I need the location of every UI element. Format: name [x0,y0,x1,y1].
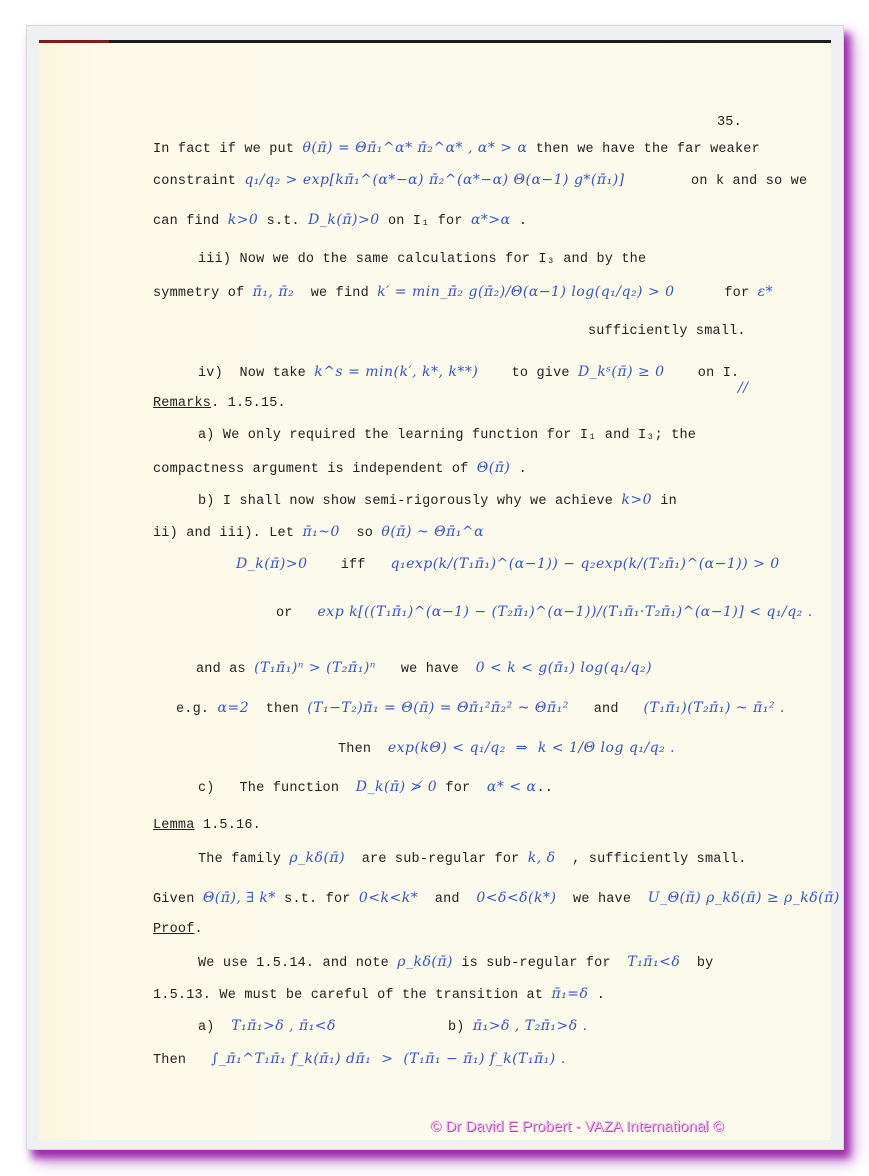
typed-text: we find [294,286,377,301]
typed-text: The family [198,852,289,867]
text-line: symmetry of π̄₁, π̄₂ we find k′ = min_π̄… [153,284,773,301]
typed-text: Given [153,892,203,907]
typed-text: . [195,922,203,937]
text-line: ii) and iii). Let π̄₁~0 so θ(π̄) ~ Θπ̄₁^… [153,524,484,541]
handwritten-math: ρ_kδ(π̄) [289,850,345,866]
typed-text: e.g. [176,702,218,717]
handwritten-math: θ(π̄) = Θπ̄₁^α* π̄₂^α* , α* > α [302,140,527,156]
typed-text: b) [448,1020,473,1035]
text-line: Lemma 1.5.16. [153,818,261,833]
typed-text: ii) and iii). Let [153,526,302,541]
typed-text: and as [196,662,254,677]
typed-text: . 1.5.15. [211,396,286,411]
handwritten-math: π̄₁>δ , T₂π̄₁>δ . [473,1018,588,1034]
typed-text: We use 1.5.14. and note [198,956,397,971]
handwritten-math: ε* [758,284,774,300]
handwritten-math: α* < α [487,779,537,795]
handwritten-math: q₁/q₂ > exp[kπ̄₁^(α*−α) π̄₂^(α*−α) Θ(α−1… [244,172,624,188]
typed-text: compactness argument is independent of [153,462,477,477]
handwritten-math: π̄₁=δ [551,986,588,1002]
typed-text: b) I shall now show semi-rigorously why … [198,494,621,509]
handwritten-math: 0<k<k* [359,890,418,906]
handwritten-math: α=2 [218,700,250,716]
text-line: We use 1.5.14. and note ρ_kδ(π̄) is sub-… [198,954,714,971]
typed-text: In fact if we put [153,142,302,157]
typed-text: for [675,286,758,301]
typed-text: Then [338,742,388,757]
handwritten-math: 0 < k < g(π̄₁) log(q₁/q₂) [476,660,652,676]
handwritten-math: 0<δ<δ(k*) [476,890,556,906]
text-line: b) I shall now show semi-rigorously why … [198,492,677,509]
text-line: iii) Now we do the same calculations for… [198,252,646,267]
handwritten-math: θ(π̄) ~ Θπ̄₁^α [381,524,484,540]
text-line: iv) Now take k^s = min(k′, k*, k**) to g… [198,364,739,381]
typed-text: then we have the far weaker [527,142,759,157]
typed-text: s.t. for [276,892,359,907]
typed-text: on I₁ for [380,214,471,229]
typed-text: we have [556,892,647,907]
text-line: Remarks. 1.5.15. [153,396,286,411]
handwritten-math: α*>α [471,212,511,228]
typed-text: Then [153,1053,211,1068]
text-line: and as (T₁π̄₁)ⁿ > (T₂π̄₁)ⁿ we have 0 < k… [196,660,652,677]
typed-text: constraint [153,174,244,189]
text-line: can find k>0 s.t. D_k(π̄)>0 on I₁ for α*… [153,212,527,229]
handwritten-math: D_k(π̄)>0 [308,212,379,228]
handwritten-math: (T₁π̄₁)(T₂π̄₁) ~ π̄₁² . [644,700,785,716]
typed-text: 1.5.13. We must be careful of the transi… [153,988,551,1003]
text-line: // [738,380,748,397]
handwritten-math: π̄₁, π̄₂ [253,284,295,300]
text-line: or exp k[((T₁π̄₁)^(α−1) − (T₂π̄₁)^(α−1))… [276,604,813,621]
typed-text: so [340,526,382,541]
typed-text: can find [153,214,228,229]
handwritten-math: Θ(π̄), ∃ k* [203,890,276,906]
handwritten-math: T₁π̄₁>δ , π̄₁<δ [231,1018,336,1034]
text-line: a) T₁π̄₁>δ , π̄₁<δ [198,1018,336,1035]
handwritten-math: U_Θ(π̄) ρ_kδ(π̄) ≥ ρ_kδ(π̄) [648,890,840,906]
handwritten-math: exp k[((T₁π̄₁)^(α−1) − (T₂π̄₁)^(α−1))/(T… [318,604,813,620]
typed-text: or [276,606,318,621]
handwritten-math: ∫_π̄₁^T₁π̄₁ f_k(π̄₁) dπ̄₁ > (T₁π̄₁ − π̄₁… [211,1051,566,1067]
typed-text: .. [536,781,553,796]
typed-text: iii) Now we do the same calculations for… [198,252,646,267]
typed-text: a) We only required the learning functio… [198,428,696,443]
typed-text: iff [307,558,390,573]
page-number: 35. [717,115,742,130]
handwritten-math: (T₁−T₂)π̄₁ = Θ(π̄) = Θπ̄₁²π̄₂² ~ Θπ̄₁² [307,700,569,716]
text-line: Proof. [153,922,203,937]
typed-text: . [588,988,605,1003]
handwritten-math: π̄₁~0 [302,524,339,540]
typed-text: iv) Now take [198,366,314,381]
document-page: 35. [39,40,831,1140]
typed-text: is sub-regular for [453,956,627,971]
typed-text: c) The function [198,781,356,796]
handwritten-math: // [738,380,748,396]
handwritten-math: k, δ [528,850,556,866]
text-line: Then ∫_π̄₁^T₁π̄₁ f_k(π̄₁) dπ̄₁ > (T₁π̄₁ … [153,1051,566,1068]
handwritten-math: k^s = min(k′, k*, k**) [314,364,478,380]
text-line: The family ρ_kδ(π̄) are sub-regular for … [198,850,747,867]
section-heading: Proof [153,922,195,937]
text-line: a) We only required the learning functio… [198,428,696,443]
handwritten-math: k>0 [621,492,652,508]
typed-text: s.t. [258,214,308,229]
handwritten-math: T₁π̄₁<δ [627,954,680,970]
text-line: Then exp(kΘ) < q₁/q₂ ⇒ k < 1/Θ log q₁/q₂… [338,740,675,757]
typed-text: symmetry of [153,286,253,301]
typed-text: are sub-regular for [345,852,528,867]
typed-text: . [511,214,528,229]
text-line: b) π̄₁>δ , T₂π̄₁>δ . [448,1018,588,1035]
text-line: sufficiently small. [588,324,746,339]
typed-text: for [437,781,487,796]
text-line: e.g. α=2 then (T₁−T₂)π̄₁ = Θ(π̄) = Θπ̄₁²… [176,700,785,717]
text-line: Given Θ(π̄), ∃ k* s.t. for 0<k<k* and 0<… [153,890,840,907]
typed-text: on I. [665,366,740,381]
text-line: compactness argument is independent of Θ… [153,460,527,477]
typed-text: a) [198,1020,231,1035]
copyright-watermark: © Dr David E Probert - VAZA Internationa… [430,1118,724,1135]
typed-text: and [418,892,476,907]
text-line: c) The function D_k(π̄) ≯ 0 for α* < α.. [198,779,553,796]
typed-text: and [569,702,644,717]
handwritten-math: k>0 [228,212,259,228]
text-line: constraint q₁/q₂ > exp[kπ̄₁^(α*−α) π̄₂^(… [153,172,807,189]
typed-text: we have [376,662,476,677]
text-line: 1.5.13. We must be careful of the transi… [153,986,605,1003]
text-line: In fact if we put θ(π̄) = Θπ̄₁^α* π̄₂^α*… [153,140,760,157]
handwritten-math: k′ = min_π̄₂ g(π̄₂)/Θ(α−1) log(q₁/q₂) > … [377,284,674,300]
handwritten-math: D_k(π̄) ≯ 0 [356,779,437,795]
typed-text: then [249,702,307,717]
typed-text: in [652,494,677,509]
typed-text: 1.5.16. [195,818,261,833]
handwritten-math: ρ_kδ(π̄) [397,954,453,970]
section-heading: Remarks [153,396,211,411]
handwritten-math: exp(kΘ) < q₁/q₂ ⇒ k < 1/Θ log q₁/q₂ . [388,740,675,756]
handwritten-math: q₁exp(k/(T₁π̄₁)^(α−1)) − q₂exp(k/(T₂π̄₁)… [391,556,780,572]
typed-text: sufficiently small. [588,324,746,339]
typed-text: . [510,462,527,477]
text-line: D_k(π̄)>0 iff q₁exp(k/(T₁π̄₁)^(α−1)) − q… [236,556,780,573]
handwritten-math: D_kˢ(π̄) ≥ 0 [578,364,665,380]
handwritten-math: Θ(π̄) [477,460,511,476]
typed-text: to give [478,366,578,381]
handwritten-math: (T₁π̄₁)ⁿ > (T₂π̄₁)ⁿ [254,660,376,676]
typed-text: on k and so we [625,174,808,189]
typed-text: by [680,956,713,971]
typed-text: , sufficiently small. [556,852,747,867]
handwritten-math: D_k(π̄)>0 [236,556,307,572]
section-heading: Lemma [153,818,195,833]
